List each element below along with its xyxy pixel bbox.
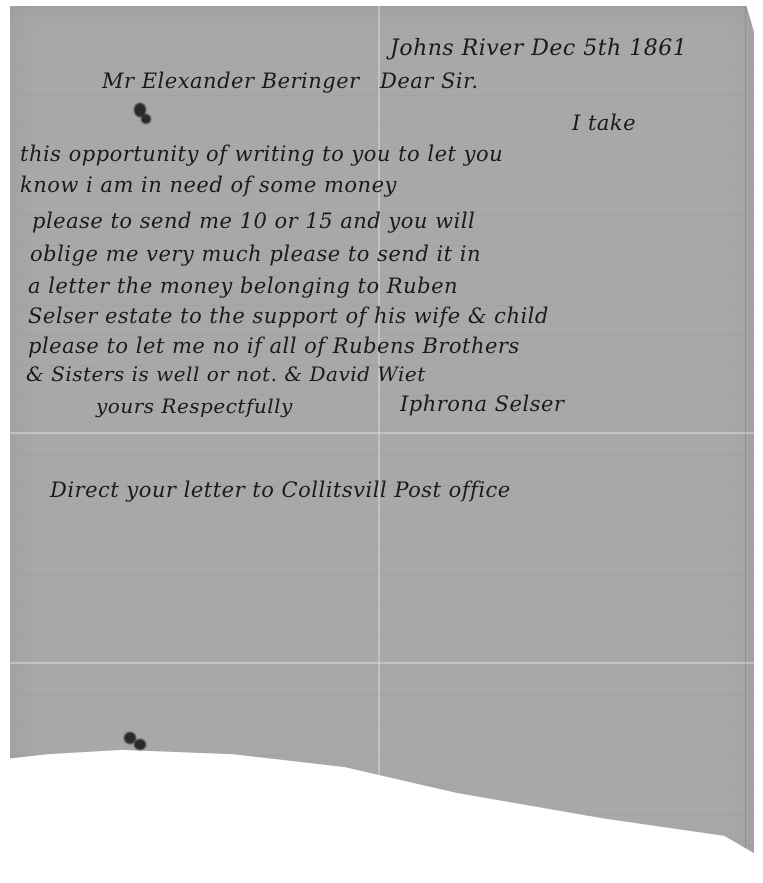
body-line: & Sisters is well or not. & David Wiet [26, 362, 426, 386]
body-line: please to let me no if all of Rubens Bro… [28, 334, 520, 358]
right-margin-line [745, 6, 746, 866]
place-date: Johns River Dec 5th 1861 [390, 36, 687, 61]
body-line: a letter the money belonging to Ruben [28, 274, 458, 298]
closing: yours Respectfully [96, 394, 293, 418]
body-line: know i am in need of some money [20, 173, 397, 197]
salutation: Dear Sir. [380, 69, 479, 93]
ink-blot [141, 114, 151, 124]
postscript: Direct your letter to Collitsvill Post o… [50, 478, 511, 502]
body-line: oblige me very much please to send it in [30, 242, 481, 266]
signature: Iphrona Selser [400, 392, 564, 416]
horizontal-fold [10, 432, 754, 434]
letter-paper: Johns River Dec 5th 1861 Mr Elexander Be… [10, 6, 754, 866]
recipient-name: Mr Elexander Beringer [102, 69, 360, 93]
body-line: this opportunity of writing to you to le… [20, 142, 503, 166]
horizontal-fold [10, 662, 754, 664]
ink-blot [134, 739, 146, 750]
vertical-fold [378, 6, 380, 866]
body-line: Selser estate to the support of his wife… [28, 304, 549, 328]
body-line: I take [572, 111, 636, 135]
body-line: please to send me 10 or 15 and you will [32, 209, 475, 233]
